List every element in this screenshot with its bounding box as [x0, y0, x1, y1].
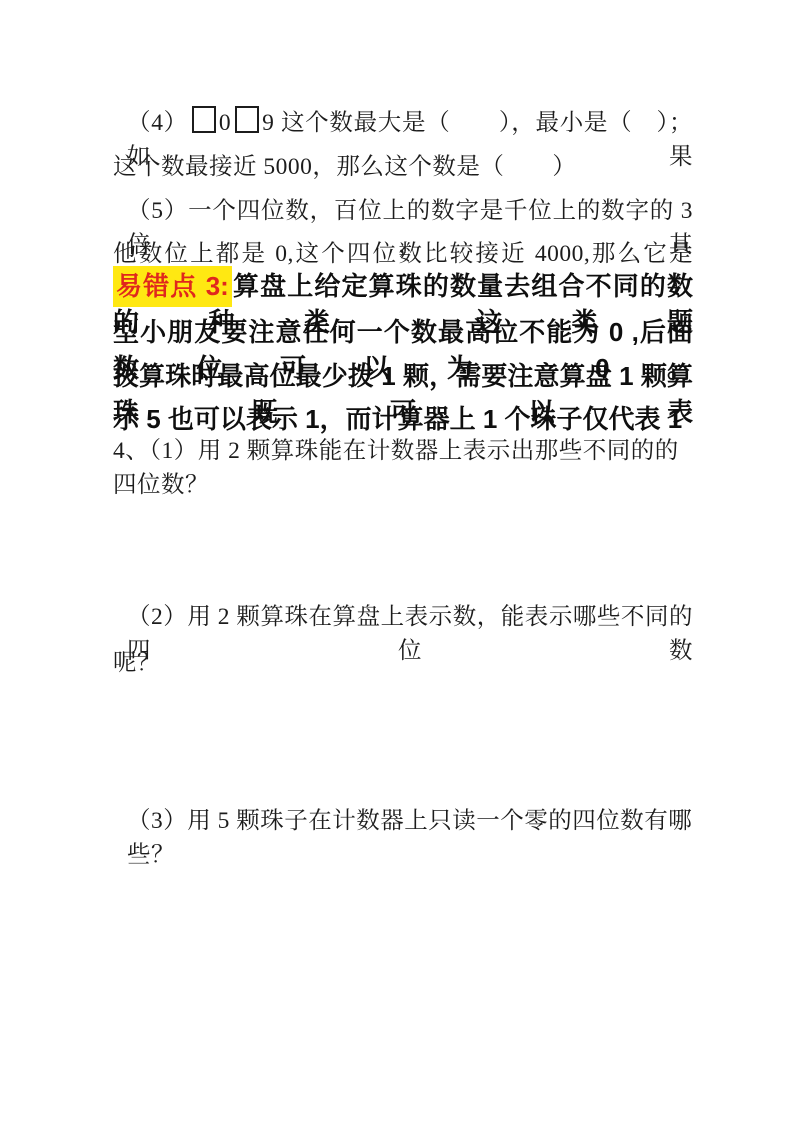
worksheet-page: （4）09 这个数最大是（ ），最小是（ ）；如果 这个数最接近 5000，那么…: [0, 0, 793, 1122]
blank-digit-box: [192, 106, 216, 133]
blank-digit-box: [235, 106, 259, 133]
error-tip-label: 易错点 3:: [113, 266, 232, 307]
question-4-3-line-1: （3）用 5 颗珠子在计数器上只读一个零的四位数有哪些？: [113, 804, 693, 872]
question-4-line-2: 这个数最接近 5000，那么这个数是（ ）: [113, 150, 693, 184]
error-tip-line-4: 示 5 也可以表示 1，而计算器上 1 个珠子仅代表 1: [113, 401, 693, 437]
question-4-1-line-1: 4、（1）用 2 颗算珠能在计数器上表示出那些不同的的四位数？: [113, 434, 693, 502]
question-4-2-line-2: 呢？: [113, 646, 693, 680]
